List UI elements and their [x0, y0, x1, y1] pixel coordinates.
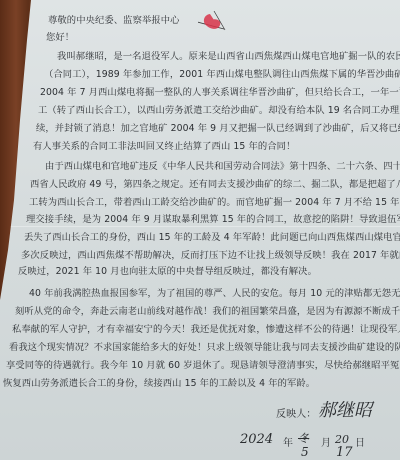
- date-day-char: 日: [355, 434, 365, 449]
- paragraph-1-line-3: 2004 年 7 月西山煤电将掘一整队的人事关系调往华晋沙曲矿，但只给长合工，一…: [40, 84, 400, 98]
- paragraph-3-line-2: 刻听从党的命令，奔赴云南老山前线对越作战！我们的祖国繁荣昌盛，是因为有源源不断成…: [15, 303, 400, 317]
- date-month: 5: [301, 445, 309, 459]
- paragraph-3-line-6: 恢复西山劳务派遣长合工的身份，续接西山 15 年的工龄以及 4 年的军龄。: [3, 375, 315, 389]
- paragraph-2-line-6: 多次反映过，西山西焦煤不帮助解决，反而打压下边不让找上级领导反映！我在 2017…: [21, 247, 400, 261]
- paragraph-1-line-2: （合同工），1989 年参加工作，2001 年西山煤电整队调往山西焦煤下属的华晋…: [44, 66, 400, 80]
- paragraph-3-line-3: 私奉献的军人守护，才有幸福安宁的今天！我还是优抚对象，惨遭这样不公的待遇！让现役…: [12, 321, 400, 335]
- paragraph-2-line-2: 西省人民政府 49 号，第四条之规定。还有同去支援沙曲矿的综二、掘二队，都是把超…: [30, 176, 400, 190]
- letter-paper: 尊敬的中央纪委、监察举报中心 您好！ 我叫郝继昭，是一名退役军人。原来是山西省山…: [0, 0, 400, 460]
- signature-handwritten-name: 郝继昭: [318, 396, 372, 422]
- date-month-crossed: 冬: [298, 430, 309, 446]
- paragraph-1-line-6: 有人事关系的合同工非法叫回又终止结算了西山 15 年的合同！: [33, 138, 295, 152]
- paragraph-2-line-7: 反映过，2021 年 10 月也向驻太原的中央督导组反映过，都没有解决。: [18, 263, 317, 277]
- date-year: 2024: [240, 432, 273, 447]
- paragraph-2-line-5: 丢失了西山长合工的身份，西山 15 年的工龄及 4 年军龄！此问题已向山西焦煤西…: [24, 229, 400, 243]
- salutation: 尊敬的中央纪委、监察举报中心: [48, 12, 180, 26]
- paragraph-3-line-4: 看我这个现实情况？不求国家能给多大的好处！只求上级领导能让我与同去支援沙曲矿建设…: [9, 339, 400, 353]
- paragraph-3-line-5: 享受同等的待遇就行。我今年 10 月就 60 岁退休了。现恳请领导澄清事实，尽快…: [6, 357, 400, 371]
- red-stamp-icon: [198, 11, 228, 35]
- date-month-char: 月: [321, 434, 331, 449]
- paragraph-3-line-1: 40 年前我满腔热血报国参军，为了祖国的尊严、人民的安危。每月 10 元的津贴都…: [29, 285, 400, 299]
- paragraph-1-line-5: 续，并封锁了消息！加之官地矿 2004 年 9 月又把掘一队已经调到了沙曲矿，后…: [36, 120, 400, 134]
- paper-fold: [0, 226, 400, 227]
- signature-label: 反映人：: [276, 405, 316, 420]
- date-year-char: 年: [283, 434, 293, 449]
- paragraph-2-line-4: 理交接手续，是为 2004 年 9 月谋取暴利黑算 15 年的合同工，故意挖的陷…: [26, 211, 400, 225]
- date-correction: 17: [336, 445, 353, 460]
- paragraph-2-line-1: 由于西山煤电和官地矿违反《中华人民共和国劳动合同法》第十四条、二十六条、四十八条…: [45, 158, 400, 172]
- paragraph-2-line-3: 工转为西山长合工，带着西山工龄交给沙曲矿的。而官地矿掘一 2004 年 7 月不…: [29, 194, 400, 208]
- paragraph-1-line-1: 我叫郝继昭，是一名退役军人。原来是山西省山西焦煤西山煤电官地矿掘一队的农民合同制…: [57, 48, 400, 62]
- greeting: 您好！: [46, 29, 74, 43]
- paragraph-1-line-4: 工（转了西山长合工），以西山劳务派遣工交给沙曲矿。却没有给本队 19 名合同工办…: [38, 102, 400, 116]
